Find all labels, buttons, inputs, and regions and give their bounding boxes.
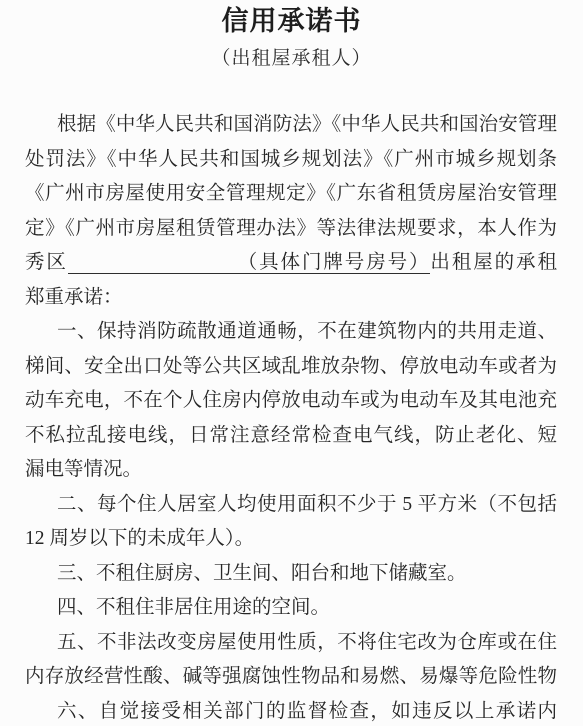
clause-1-line-3: 动车充电，不在个人住房内停放电动车或为电动车及其电池充电， [25, 384, 557, 419]
clause-1-line-4: 不私拉乱接电线，日常注意经常检查电气线，防止老化、短路、 [25, 419, 557, 454]
intro-paragraph: 根据《中华人民共和国消防法》《中华人民共和国治安管理 处罚法》《中华人民共和国城… [25, 108, 557, 315]
clause-5: 五、不非法改变房屋使用性质，不将住宅改为仓库或在住宅 内存放经营性酸、碱等强腐蚀… [25, 626, 557, 695]
clause-6-line-1: 六、自觉接受相关部门的监督检查，如违反以上承诺内容， [25, 695, 557, 726]
clause-4: 四、不租住非居住用途的空间。 [25, 591, 557, 626]
address-blank-field [68, 266, 236, 268]
clause-2-line-2: 12 周岁以下的未成年人）。 [25, 522, 557, 557]
intro-line-2: 处罚法》《中华人民共和国城乡规划法》《广州市城乡规划条例》 [25, 143, 557, 178]
document-body: 根据《中华人民共和国消防法》《中华人民共和国治安管理 处罚法》《中华人民共和国城… [25, 108, 557, 726]
address-underline-segment: （具体门牌号房号） [68, 252, 431, 274]
address-placeholder-label: （具体门牌号房号） [236, 252, 431, 273]
intro-line-6: 郑重承诺： [25, 281, 557, 316]
intro-line-1: 根据《中华人民共和国消防法》《中华人民共和国治安管理 [25, 108, 557, 143]
district-prefix: 秀区 [25, 252, 68, 273]
clause-3: 三、不租住厨房、卫生间、阳台和地下储藏室。 [25, 557, 557, 592]
commitment-letter-page: 信用承诺书 （出租屋承租人） 根据《中华人民共和国消防法》《中华人民共和国治安管… [0, 0, 583, 726]
clause-2: 二、每个住人居室人均使用面积不少于 5 平方米（不包括 12 周岁以下的未成年人… [25, 488, 557, 557]
clause-1-line-5: 漏电等情况。 [25, 453, 557, 488]
intro-line-5: 秀区（具体门牌号房号）出租屋的承租人，现 [25, 246, 557, 281]
page-title: 信用承诺书 [0, 5, 583, 38]
intro-line-3: 《广州市房屋使用安全管理规定》《广东省租赁房屋治安管理规 [25, 177, 557, 212]
clause-4-line-1: 四、不租住非居住用途的空间。 [25, 591, 557, 626]
clause-1-line-2: 梯间、安全出口处等公共区域乱堆放杂物、停放电动车或者为电 [25, 350, 557, 385]
clause-5-line-1: 五、不非法改变房屋使用性质，不将住宅改为仓库或在住宅 [25, 626, 557, 661]
page-subtitle: （出租屋承租人） [0, 47, 583, 71]
clause-2-line-1: 二、每个住人居室人均使用面积不少于 5 平方米（不包括 [25, 488, 557, 523]
clause-3-line-1: 三、不租住厨房、卫生间、阳台和地下储藏室。 [25, 557, 557, 592]
clause-6: 六、自觉接受相关部门的监督检查，如违反以上承诺内容， [25, 695, 557, 726]
intro-line-4: 定》《广州市房屋租赁管理办法》等法律法规要求，本人作为越 [25, 212, 557, 247]
clause-5-line-2: 内存放经营性酸、碱等强腐蚀性物品和易燃、易爆等危险性物品。 [25, 660, 557, 695]
clause-1-line-1: 一、保持消防疏散通道通畅，不在建筑物内的共用走道、楼 [25, 315, 557, 350]
clause-1: 一、保持消防疏散通道通畅，不在建筑物内的共用走道、楼 梯间、安全出口处等公共区域… [25, 315, 557, 488]
